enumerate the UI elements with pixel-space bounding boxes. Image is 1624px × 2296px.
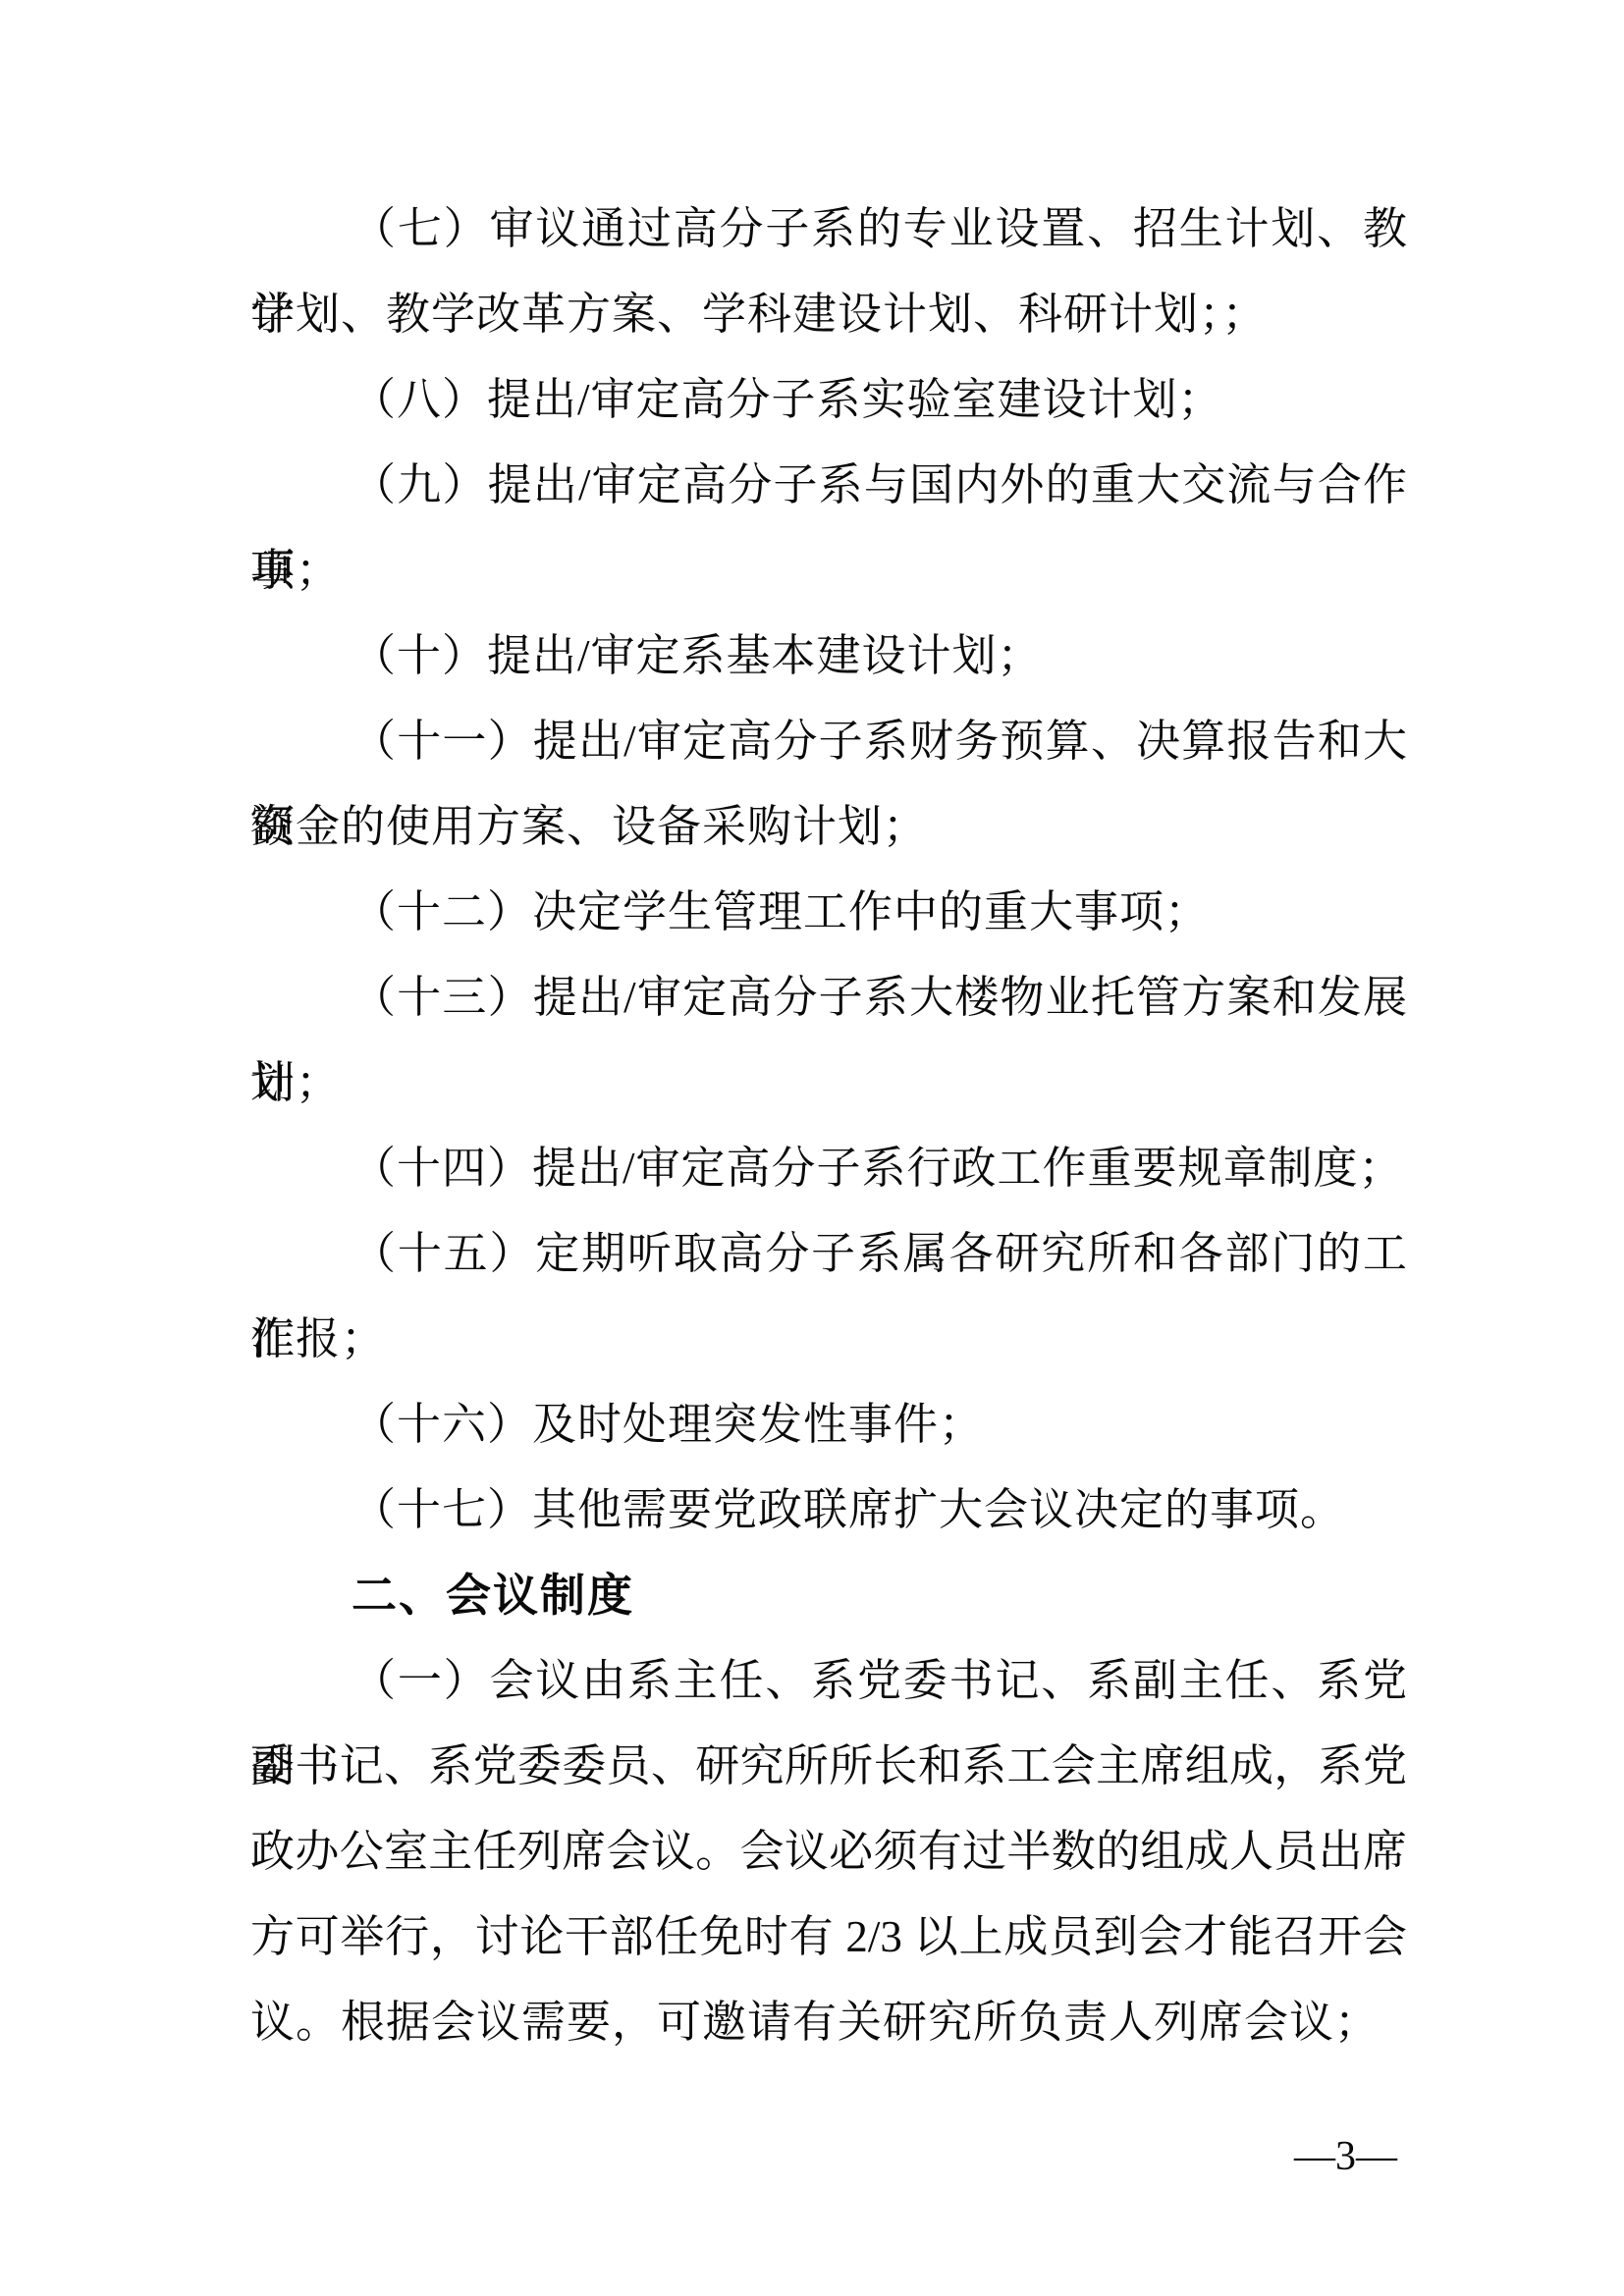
text-line: 计划、教学改革方案、学科建设计划、科研计划；； <box>250 272 1407 357</box>
text-line: （十七）其他需要党政联席扩大会议决定的事项。 <box>250 1468 1407 1553</box>
text-line: （十三）提出/审定高分子系大楼物业托管方案和发展计 <box>250 955 1407 1041</box>
text-line: （十）提出/审定系基本建设计划； <box>250 614 1407 699</box>
text-line: （一）会议由系主任、系党委书记、系副主任、系党委 <box>250 1638 1407 1724</box>
text-line: 划； <box>250 1041 1407 1126</box>
text-line: （十四）提出/审定高分子系行政工作重要规章制度； <box>250 1126 1407 1211</box>
text-line: 汇报； <box>250 1297 1407 1382</box>
text-line: （七）审议通过高分子系的专业设置、招生计划、教学 <box>250 187 1407 272</box>
text-line: （十五）定期听取高分子系属各研究所和各部门的工作 <box>250 1211 1407 1297</box>
text-line: （十六）及时处理突发性事件； <box>250 1382 1407 1468</box>
text-line: 政办公室主任列席会议。会议必须有过半数的组成人员出席 <box>250 1809 1407 1895</box>
text-line: （十二）决定学生管理工作中的重大事项； <box>250 870 1407 955</box>
text-line: 方可举行，讨论干部任免时有 2/3 以上成员到会才能召开会 <box>250 1895 1407 1980</box>
document-body: （七）审议通过高分子系的专业设置、招生计划、教学计划、教学改革方案、学科建设计划… <box>250 187 1407 2065</box>
text-line: 副书记、系党委委员、研究所所长和系工会主席组成，系党 <box>250 1724 1407 1809</box>
document-page: （七）审议通过高分子系的专业设置、招生计划、教学计划、教学改革方案、学科建设计划… <box>0 0 1624 2296</box>
text-line: （九）提出/审定高分子系与国内外的重大交流与合作事 <box>250 443 1407 528</box>
text-line: （八）提出/审定高分子系实验室建设计划； <box>250 357 1407 443</box>
page-number: —3— <box>1294 2130 1397 2183</box>
section-heading: 二、会议制度 <box>250 1553 1407 1638</box>
text-line: 项； <box>250 528 1407 614</box>
text-line: 议。根据会议需要，可邀请有关研究所负责人列席会议； <box>250 1980 1407 2065</box>
text-line: （十一）提出/审定高分子系财务预算、决算报告和大额 <box>250 699 1407 784</box>
text-line: 资金的使用方案、设备采购计划； <box>250 784 1407 870</box>
